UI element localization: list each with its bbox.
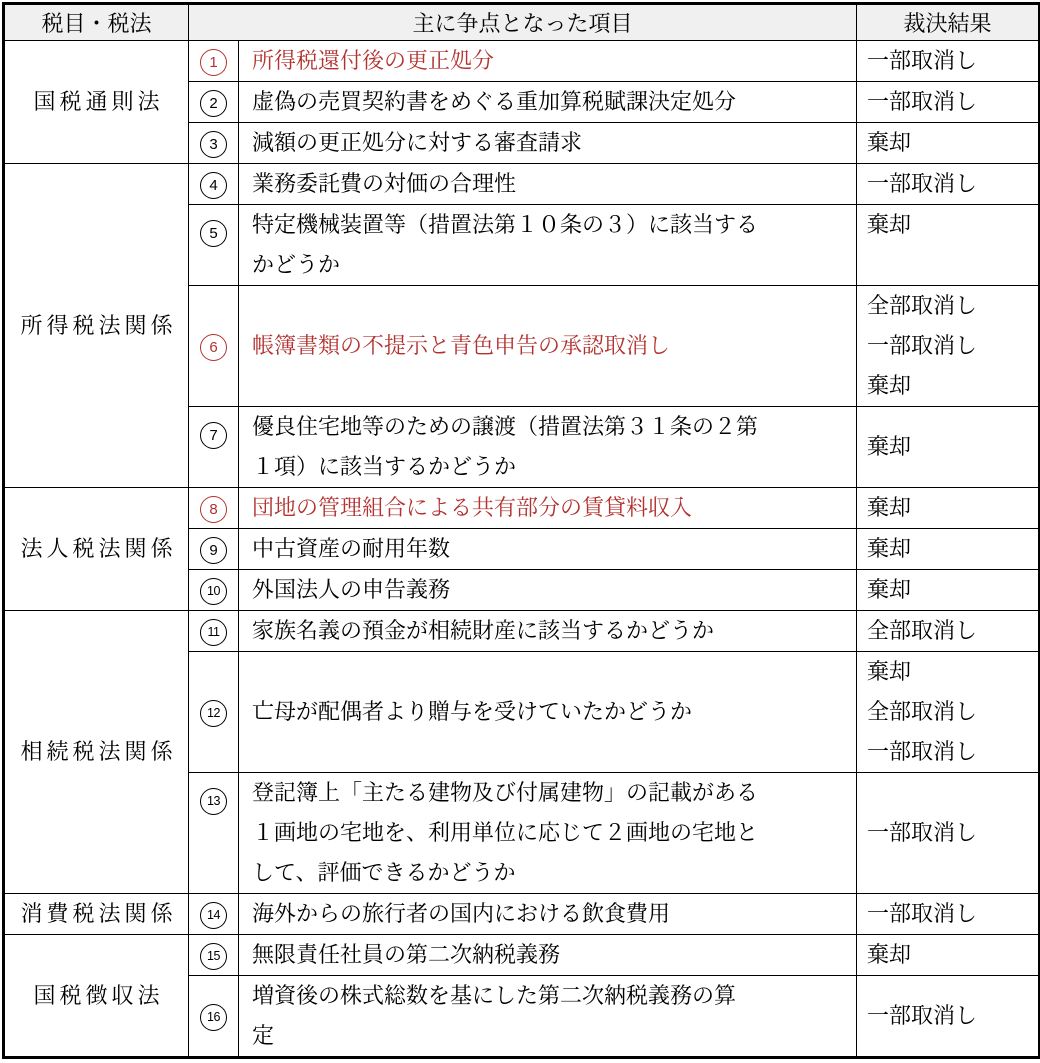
item-number-cell: 5 (189, 205, 239, 286)
table-row: 国税徴収法15無限責任社員の第二次納税義務棄却 (4, 935, 1040, 976)
item-text-cell: 外国法人の申告義務 (239, 570, 857, 611)
circled-number-icon: 16 (200, 1004, 227, 1031)
result-cell: 全部取消し 一部取消し 棄却 (857, 286, 1040, 407)
header-row: 税目・税法 主に争点となった項目 裁決結果 (4, 4, 1040, 41)
circled-number-icon: 8 (200, 496, 227, 523)
category-cell: 相続税法関係 (4, 611, 189, 894)
item-text-cell: 業務委託費の対価の合理性 (239, 164, 857, 205)
item-text-cell: 優良住宅地等のための譲渡（措置法第３１条の２第 １項）に該当するかどうか (239, 407, 857, 488)
item-number-cell: 9 (189, 529, 239, 570)
circled-number-icon: 4 (200, 172, 227, 199)
item-text-cell: 登記簿上「主たる建物及び付属建物」の記載がある １画地の宅地を、利用単位に応じて… (239, 773, 857, 894)
table-row: 法人税法関係8団地の管理組合による共有部分の賃貸料収入棄却 (4, 488, 1040, 529)
circled-number-icon: 3 (200, 131, 227, 158)
result-cell: 棄却 (857, 935, 1040, 976)
circled-number-icon: 15 (200, 943, 227, 970)
circled-number-icon: 6 (200, 334, 227, 361)
circled-number-icon: 7 (200, 422, 227, 449)
item-number-cell: 12 (189, 652, 239, 773)
tax-ruling-table: 税目・税法 主に争点となった項目 裁決結果 国税通則法1所得税還付後の更正処分一… (2, 2, 1040, 1059)
item-number-cell: 2 (189, 82, 239, 123)
circled-number-icon: 14 (200, 902, 227, 929)
item-number-cell: 3 (189, 123, 239, 164)
circled-number-icon: 12 (200, 700, 227, 727)
item-number-cell: 6 (189, 286, 239, 407)
result-cell: 全部取消し (857, 611, 1040, 652)
result-cell: 一部取消し (857, 164, 1040, 205)
item-number-cell: 11 (189, 611, 239, 652)
result-cell: 棄却 (857, 529, 1040, 570)
result-cell: 一部取消し (857, 894, 1040, 935)
result-cell: 一部取消し (857, 41, 1040, 82)
circled-number-icon: 9 (200, 537, 227, 564)
result-cell: 棄却 (857, 407, 1040, 488)
item-text-cell: 増資後の株式総数を基にした第二次納税義務の算 定 (239, 976, 857, 1058)
item-text-cell: 特定機械装置等（措置法第１０条の３）に該当する かどうか (239, 205, 857, 286)
result-cell: 棄却 全部取消し 一部取消し (857, 652, 1040, 773)
item-text-cell: 家族名義の預金が相続財産に該当するかどうか (239, 611, 857, 652)
item-number-cell: 4 (189, 164, 239, 205)
item-text-cell: 中古資産の耐用年数 (239, 529, 857, 570)
table-row: 所得税法関係4業務委託費の対価の合理性一部取消し (4, 164, 1040, 205)
item-text-cell: 海外からの旅行者の国内における飲食費用 (239, 894, 857, 935)
item-number-cell: 1 (189, 41, 239, 82)
header-result: 裁決結果 (857, 4, 1040, 41)
item-number-cell: 16 (189, 976, 239, 1058)
item-number-cell: 14 (189, 894, 239, 935)
item-number-cell: 13 (189, 773, 239, 894)
circled-number-icon: 11 (200, 619, 227, 646)
table-row: 相続税法関係11家族名義の預金が相続財産に該当するかどうか全部取消し (4, 611, 1040, 652)
header-category: 税目・税法 (4, 4, 189, 41)
table-header: 税目・税法 主に争点となった項目 裁決結果 (4, 4, 1040, 41)
item-text-cell: 無限責任社員の第二次納税義務 (239, 935, 857, 976)
category-cell: 消費税法関係 (4, 894, 189, 935)
circled-number-icon: 13 (200, 788, 227, 815)
circled-number-icon: 2 (200, 90, 227, 117)
category-cell: 国税通則法 (4, 41, 189, 164)
category-cell: 法人税法関係 (4, 488, 189, 611)
result-cell: 棄却 (857, 205, 1040, 286)
item-text-cell: 虚偽の売買契約書をめぐる重加算税賦課決定処分 (239, 82, 857, 123)
result-cell: 棄却 (857, 570, 1040, 611)
item-text-cell: 所得税還付後の更正処分 (239, 41, 857, 82)
header-item: 主に争点となった項目 (189, 4, 857, 41)
category-cell: 所得税法関係 (4, 164, 189, 488)
item-text-cell: 帳簿書類の不提示と青色申告の承認取消し (239, 286, 857, 407)
table-body: 国税通則法1所得税還付後の更正処分一部取消し2虚偽の売買契約書をめぐる重加算税賦… (4, 41, 1040, 1058)
table-row: 消費税法関係14海外からの旅行者の国内における飲食費用一部取消し (4, 894, 1040, 935)
result-cell: 棄却 (857, 123, 1040, 164)
circled-number-icon: 1 (200, 49, 227, 76)
result-cell: 一部取消し (857, 82, 1040, 123)
result-cell: 棄却 (857, 488, 1040, 529)
item-text-cell: 団地の管理組合による共有部分の賃貸料収入 (239, 488, 857, 529)
item-number-cell: 8 (189, 488, 239, 529)
item-number-cell: 10 (189, 570, 239, 611)
item-number-cell: 7 (189, 407, 239, 488)
category-cell: 国税徴収法 (4, 935, 189, 1058)
item-number-cell: 15 (189, 935, 239, 976)
table-row: 国税通則法1所得税還付後の更正処分一部取消し (4, 41, 1040, 82)
result-cell: 一部取消し (857, 976, 1040, 1058)
circled-number-icon: 10 (200, 578, 227, 605)
circled-number-icon: 5 (200, 220, 227, 247)
item-text-cell: 亡母が配偶者より贈与を受けていたかどうか (239, 652, 857, 773)
item-text-cell: 減額の更正処分に対する審査請求 (239, 123, 857, 164)
result-cell: 一部取消し (857, 773, 1040, 894)
